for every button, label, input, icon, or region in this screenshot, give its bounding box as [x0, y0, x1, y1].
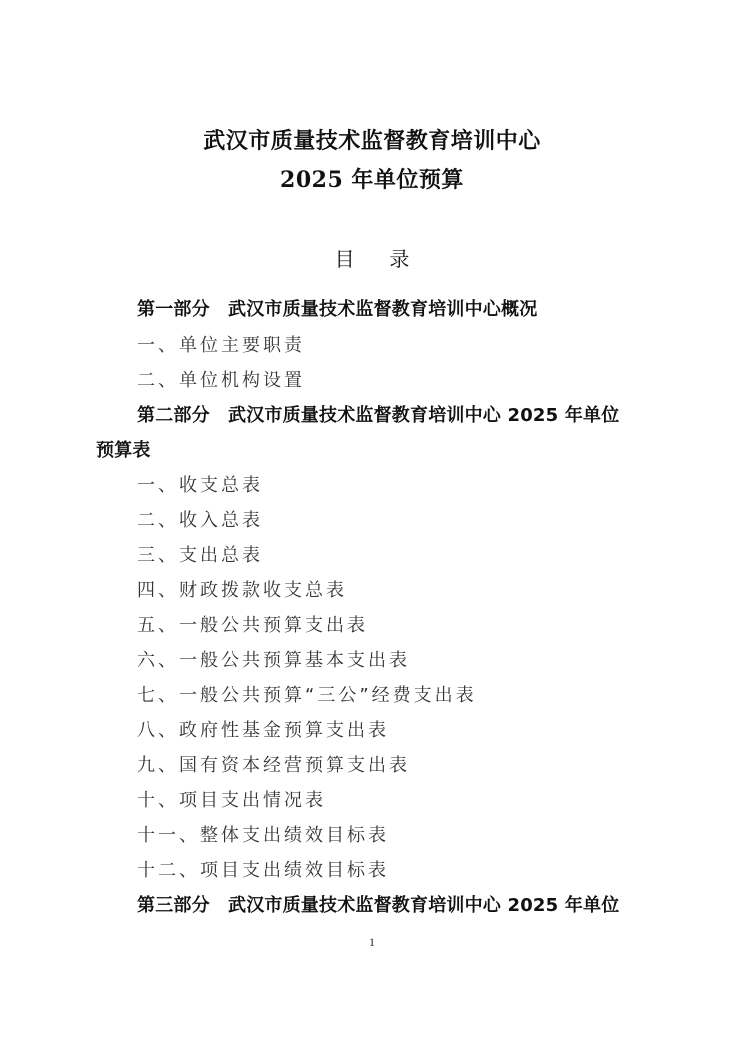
- document-page: 武汉市质量技术监督教育培训中心 2025 年单位预算 目 录 第一部分 武汉市质…: [0, 0, 744, 1052]
- toc-item[interactable]: 十二、项目支出绩效目标表: [137, 859, 389, 883]
- toc-item[interactable]: 二、收入总表: [137, 509, 263, 533]
- toc-part-2-continued[interactable]: 预算表: [96, 439, 151, 463]
- page-number: 1: [0, 935, 744, 950]
- toc-item[interactable]: 四、财政拨款收支总表: [137, 579, 347, 603]
- toc-item[interactable]: 一、收支总表: [137, 474, 263, 498]
- toc-item[interactable]: 九、国有资本经营预算支出表: [137, 754, 410, 778]
- toc-item[interactable]: 十、项目支出情况表: [137, 789, 326, 813]
- toc-item[interactable]: 五、一般公共预算支出表: [137, 614, 368, 638]
- document-title: 武汉市质量技术监督教育培训中心: [0, 124, 744, 155]
- toc-heading-char: 目: [335, 243, 355, 272]
- toc-item[interactable]: 三、支出总表: [137, 544, 263, 568]
- toc-item[interactable]: 十一、整体支出绩效目标表: [137, 824, 389, 848]
- document-subtitle: 2025 年单位预算: [0, 163, 744, 194]
- toc-heading: 目 录: [0, 243, 744, 272]
- toc-item[interactable]: 六、一般公共预算基本支出表: [137, 649, 410, 673]
- toc-part-3[interactable]: 第三部分 武汉市质量技术监督教育培训中心 2025 年单位: [137, 894, 619, 918]
- toc-heading-char: 录: [389, 243, 409, 272]
- toc-item[interactable]: 一、单位主要职责: [137, 334, 305, 358]
- toc-part-1[interactable]: 第一部分 武汉市质量技术监督教育培训中心概况: [137, 298, 537, 322]
- toc-item[interactable]: 二、单位机构设置: [137, 369, 305, 393]
- toc-item[interactable]: 七、一般公共预算“三公”经费支出表: [137, 684, 477, 708]
- toc-item[interactable]: 八、政府性基金预算支出表: [137, 719, 389, 743]
- toc-part-2[interactable]: 第二部分 武汉市质量技术监督教育培训中心 2025 年单位: [137, 404, 619, 428]
